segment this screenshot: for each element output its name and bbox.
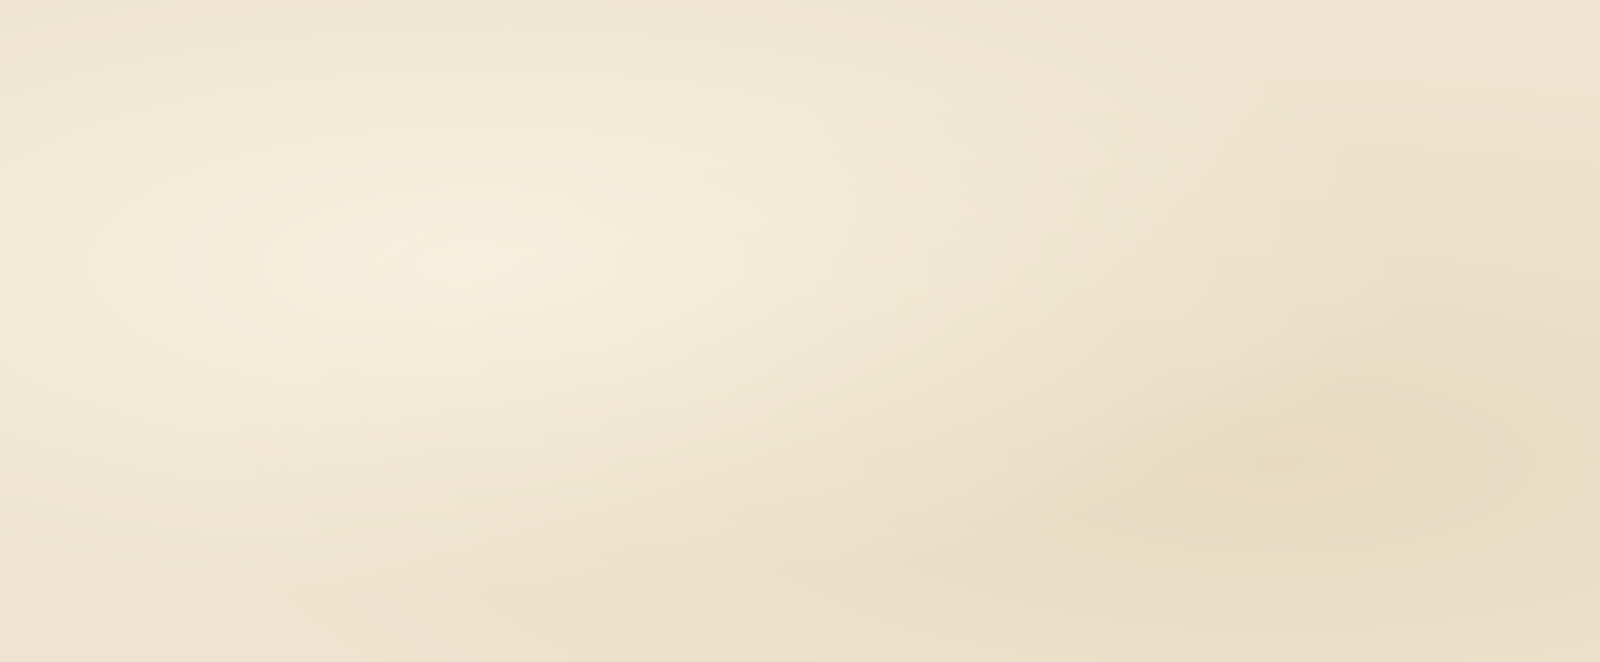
river-profile-chart bbox=[0, 0, 1600, 662]
